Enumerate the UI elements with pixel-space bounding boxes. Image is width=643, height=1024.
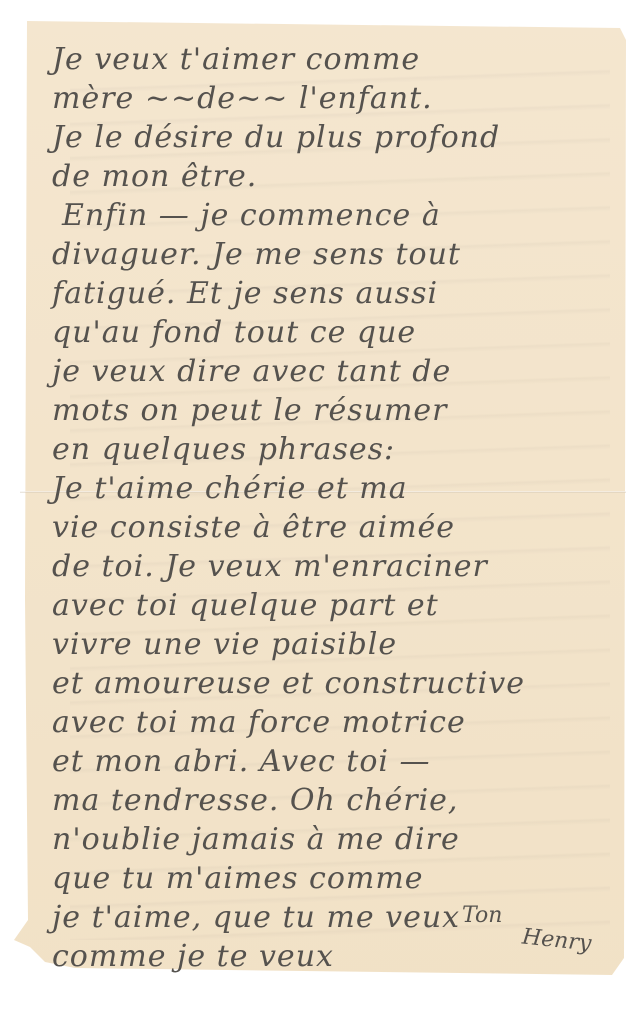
letter-line: avec toi ma force motrice <box>52 703 622 742</box>
letter-line: Je t'aime chérie et ma <box>52 469 622 508</box>
letter-body: Je veux t'aimer comme mère ~~de~~ l'enfa… <box>52 40 622 976</box>
letter-line: et mon abri. Avec toi — <box>52 742 622 781</box>
letter-line: que tu m'aimes comme <box>52 859 622 898</box>
letter-line: n'oublie jamais à me dire <box>52 820 622 859</box>
letter-line: vie consiste à être aimée <box>52 508 622 547</box>
letter-line: mots on peut le résumer <box>52 391 622 430</box>
letter-line: Enfin — je commence à <box>52 196 622 235</box>
letter-closing: Ton <box>462 903 502 928</box>
letter-line: qu'au fond tout ce que <box>52 313 622 352</box>
letter-line: en quelques phrases: <box>52 430 622 469</box>
letter-line: de mon être. <box>52 157 622 196</box>
letter-line: de toi. Je veux m'enraciner <box>52 547 622 586</box>
letter-line: divaguer. Je me sens tout <box>52 235 622 274</box>
letter-line: et amoureuse et constructive <box>52 664 622 703</box>
letter-line: ma tendresse. Oh chérie, <box>52 781 622 820</box>
letter-line: Je veux t'aimer comme <box>52 40 622 79</box>
letter-line: mère ~~de~~ l'enfant. <box>52 79 622 118</box>
letter-line: fatigué. Et je sens aussi <box>52 274 622 313</box>
letter-line: avec toi quelque part et <box>52 586 622 625</box>
letter-line: vivre une vie paisible <box>52 625 622 664</box>
letter-line: je veux dire avec tant de <box>52 352 622 391</box>
letter-line: Je le désire du plus profond <box>52 118 622 157</box>
